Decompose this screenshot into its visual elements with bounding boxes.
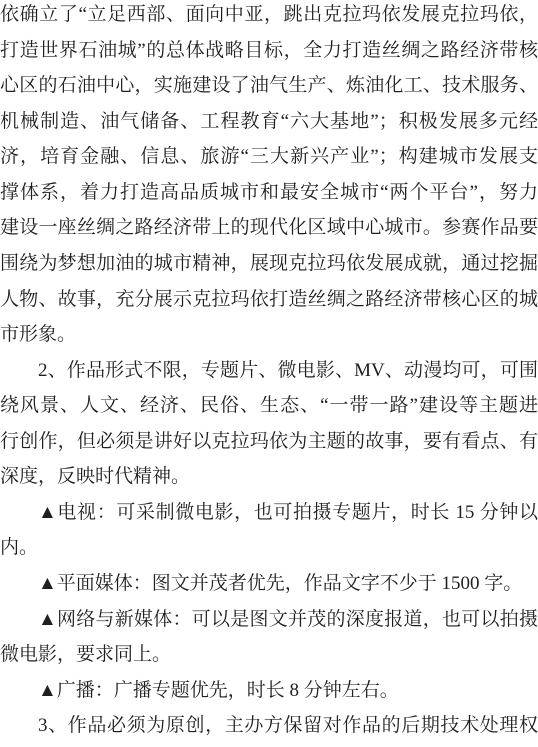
text-line: ▲广播：广播专题优先，时长 8 分钟左右。 bbox=[0, 673, 538, 709]
text-line: 2、作品形式不限，专题片、微电影、MV、动漫均可，可围 bbox=[0, 353, 538, 389]
text-line: 打造世界石油城”的总体战略目标，全力打造丝绸之路经济带核 bbox=[0, 33, 538, 69]
text-line: 依确立了“立足西部、面向中亚，跳出克拉玛依发展克拉玛依， bbox=[0, 0, 538, 33]
text-line: 机械制造、油气储备、工程教育“六大基地”；积极发展多元经 bbox=[0, 104, 538, 140]
text-line: 撑体系，着力打造高品质城市和最安全城市“两个平台”，努力 bbox=[0, 175, 538, 211]
text-line: ▲网络与新媒体：可以是图文并茂的深度报道，也可以拍摄 bbox=[0, 602, 538, 638]
text-line: 市形象。 bbox=[0, 317, 538, 353]
text-line: 心区的石油中心，实施建设了油气生产、炼油化工、技术服务、 bbox=[0, 68, 538, 104]
text-line: 绕风景、人文、经济、民俗、生态、“一带一路”建设等主题进 bbox=[0, 388, 538, 424]
text-line: 人物、故事，充分展示克拉玛依打造丝绸之路经济带核心区的城 bbox=[0, 282, 538, 318]
text-line: 建设一座丝绸之路经济带上的现代化区域中心城市。参赛作品要 bbox=[0, 210, 538, 246]
document-page: 依确立了“立足西部、面向中亚，跳出克拉玛依发展克拉玛依，打造世界石油城”的总体战… bbox=[0, 0, 538, 744]
text-line: 深度，反映时代精神。 bbox=[0, 459, 538, 495]
text-line: 微电影，要求同上。 bbox=[0, 637, 538, 673]
text-line: 内。 bbox=[0, 530, 538, 566]
text-line: 3、作品必须为原创，主办方保留对作品的后期技术处理权 bbox=[0, 708, 538, 744]
text-line: ▲平面媒体：图文并茂者优先，作品文字不少于 1500 字。 bbox=[0, 566, 538, 602]
text-line: ▲电视：可采制微电影，也可拍摄专题片，时长 15 分钟以 bbox=[0, 495, 538, 531]
text-line: 围绕为梦想加油的城市精神，展现克拉玛依发展成就，通过挖掘 bbox=[0, 246, 538, 282]
text-line: 行创作，但必须是讲好以克拉玛依为主题的故事，要有看点、有 bbox=[0, 424, 538, 460]
text-line: 济，培育金融、信息、旅游“三大新兴产业”；构建城市发展支 bbox=[0, 139, 538, 175]
